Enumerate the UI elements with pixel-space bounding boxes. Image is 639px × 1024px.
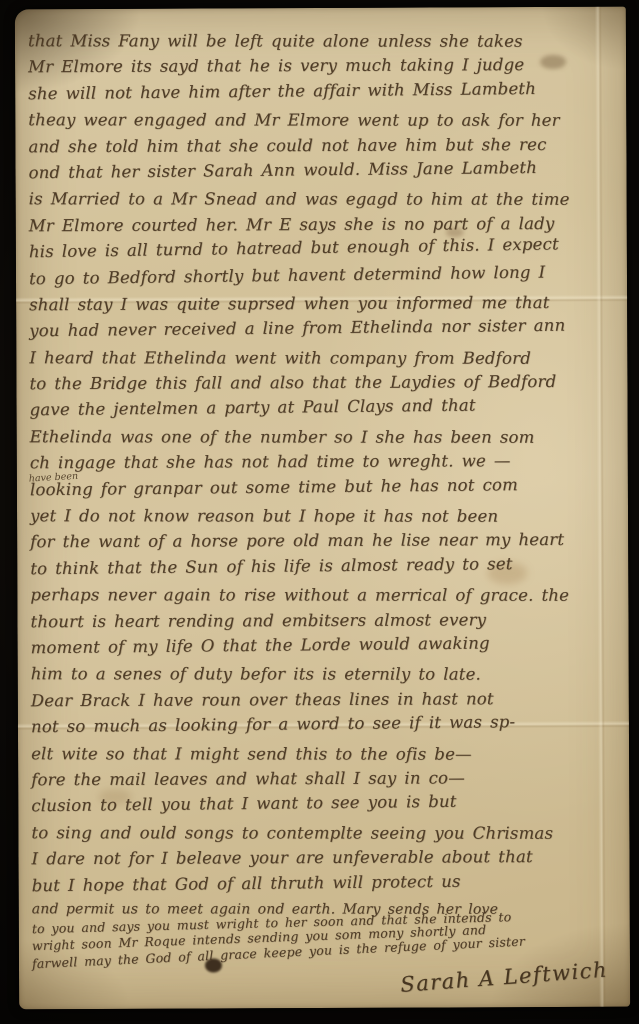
letter-line: not so much as looking for a word to see… [31,708,623,741]
letter-line: moment of my life O that the Lorde would… [30,629,622,662]
letter-body: that Miss Fany will be left quite alone … [28,26,624,973]
letter-line: you had never received a line from Ethel… [29,312,621,345]
letter-line: ond that her sister Sarah Ann would. Mis… [28,154,620,187]
letter-line: to think that the Sun of his life is alm… [30,550,622,583]
letter-line: him to a senes of duty befor its is eter… [31,662,623,689]
letter-line: I heard that Ethelinda went with company… [29,345,621,372]
scan-background: that Miss Fany will be left quite alone … [0,0,639,1024]
letter-line: to sing and ould songs to contemplte see… [31,820,623,847]
letter-line: Ethelinda was one of the number so I she… [30,424,622,451]
letter-line: she will not have him after the affair w… [28,75,620,108]
letter-line: yet I do not know reason but I hope it h… [30,503,622,530]
letter-line: that Miss Fany will be left quite alone … [28,28,620,55]
letter-line: theay wear engaged and Mr Elmore went up… [28,107,620,134]
letter-page: that Miss Fany will be left quite alone … [15,7,630,1010]
letter-line: perhaps never again to rise without a me… [30,582,622,609]
letter-line: gave the jentelmen a party at Paul Clays… [29,392,621,425]
letter-line: is Married to a Mr Snead and was egagd t… [29,187,621,214]
letter-line: elt wite so that I might send this to th… [31,741,623,768]
letter-line: but I hope that God of all thruth will p… [32,867,624,900]
letter-line: looking for granpar out some time but he… [30,471,622,504]
letter-line: clusion to tell you that I want to see y… [31,787,623,820]
